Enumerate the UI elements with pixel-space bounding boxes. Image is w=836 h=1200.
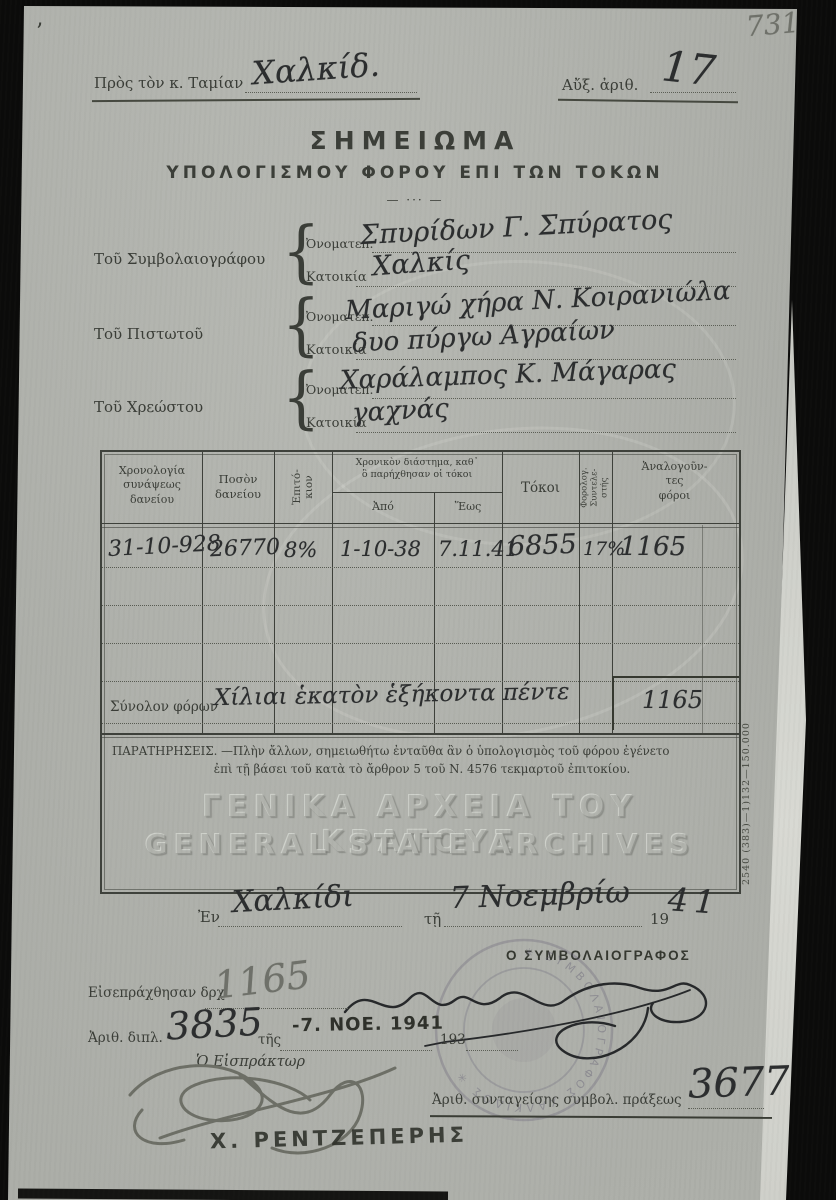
column-header-amount: Ποσὸν δανείου: [202, 472, 274, 502]
row-amount-handwriting: 26770: [210, 535, 281, 562]
serial-label: Αὔξ. ἀριθ.: [562, 76, 638, 94]
row-interest-handwriting: 6855: [507, 529, 577, 562]
archive-page-number: 731: [745, 6, 801, 44]
column-header-tax-rate-text: Φορολογ. Συντελε- στής: [581, 467, 610, 508]
period-split-line: [332, 492, 502, 493]
ruled-row-line: [102, 567, 739, 568]
fill-line: [444, 926, 642, 927]
party-role-creditor: Τοῦ Πιστωτοῦ: [94, 325, 203, 343]
print-code: 2540 (383)—1)132—150.000: [741, 630, 757, 885]
header-bottom-line2: [102, 527, 739, 528]
column-header-date: Χρονολογία συνάψεως δανείου: [102, 464, 202, 507]
fill-line: [356, 432, 736, 433]
column-header-taxes: Ἀναλογοῦν- τες φόροι: [612, 460, 737, 503]
notes-top-line: [102, 733, 739, 735]
year-printed: 193: [440, 1032, 466, 1048]
column-header-from: Ἀπό: [332, 500, 434, 514]
fill-line: [218, 926, 402, 927]
fill-line: [688, 1108, 764, 1109]
header-bottom-line: [102, 523, 739, 524]
document-title: ΣΗΜΕΙΩΜΑ: [115, 126, 715, 155]
date-stamp: -7. ΝΟΕ. 1941: [292, 1013, 444, 1037]
column-header-interest: Τόκοι: [502, 480, 579, 498]
paper-bottom-edge-shadow: [18, 1188, 448, 1200]
row-from-handwriting: 1-10-38: [340, 537, 421, 561]
recipient-label: Πρὸς τὸν κ. Ταμίαν: [94, 74, 243, 92]
ruled-row-line: [102, 643, 739, 644]
serial-number-handwriting: 17: [660, 41, 718, 95]
column-header-period: Χρονικὸν διάστημα, καθ᾽ ὃ παρήχθησαν οἱ …: [334, 457, 500, 482]
place-handwriting: Χαλκίδι: [231, 879, 355, 920]
place-label: Ἐν: [198, 908, 220, 926]
notes-line1: ΠΑΡΑΤΗΡΗΣΕΙΣ. —Πλὴν ἄλλων, σημειωθήτω ἐν…: [112, 744, 732, 758]
party-role-debtor: Τοῦ Χρεώστου: [94, 398, 203, 416]
corner-mark: ’: [36, 20, 43, 45]
column-header-to: Ἕως: [434, 500, 502, 514]
ruled-row-line: [102, 605, 739, 606]
collected-label: Εἰσεπράχθησαν δρχ.: [88, 985, 229, 1001]
tax-calculation-table: Χρονολογία συνάψεως δανείου Ποσὸν δανείο…: [100, 450, 741, 894]
year-handwriting: 41: [667, 880, 722, 922]
date-label: τῇ: [424, 910, 441, 928]
date-handwriting: 7 Νοεμβρίω: [449, 875, 630, 916]
column-header-rate-text: Ἐπιτό- κιον: [291, 470, 315, 506]
column-header-rate: Ἐπιτό- κιον: [274, 452, 332, 523]
collector-signature: [100, 1040, 440, 1185]
debtor-residence-handwriting: γαχνάς: [351, 393, 449, 428]
act-number-handwriting: 3677: [687, 1058, 790, 1108]
act-label: Ἀριθ. συνταγείσης συμβολ. πράξεως: [432, 1092, 682, 1108]
row-rate-handwriting: 8%: [284, 538, 317, 562]
row-taxes-handwriting: 1165: [620, 532, 686, 562]
document-subtitle: ΥΠΟΛΟΓΙΣΜΟΥ ΦΟΡΟΥ ΕΠΙ ΤΩΝ ΤΟΚΩΝ: [115, 163, 715, 183]
title-divider: — ··· —: [115, 193, 715, 207]
column-header-tax-rate: Φορολογ. Συντελε- στής: [579, 452, 612, 523]
watermark-english: GENERAL STATE ARCHIVES: [102, 828, 739, 861]
total-value-handwriting: 1165: [642, 686, 703, 714]
fill-line: [245, 92, 417, 93]
notes-top-line2: [102, 737, 739, 738]
fill-line: [466, 1050, 518, 1051]
row-to-handwriting: 7.11.41: [438, 537, 518, 561]
scanned-document-page: 731 ’ Πρὸς τὸν κ. Ταμίαν Χαλκίδ. Αὔξ. ἀρ…: [0, 0, 836, 1200]
row-tax-rate-handwriting: 17%: [583, 538, 625, 560]
notes-line2: ἐπὶ τῇ βάσει τοῦ κατὰ τὸ ἄρθρον 5 τοῦ Ν.…: [112, 762, 732, 776]
residence-label: Κατοικία: [306, 270, 367, 285]
total-label: Σύνολον φόρων: [110, 699, 218, 715]
party-role-notary: Τοῦ Συμβολαιογράφου: [94, 250, 265, 268]
